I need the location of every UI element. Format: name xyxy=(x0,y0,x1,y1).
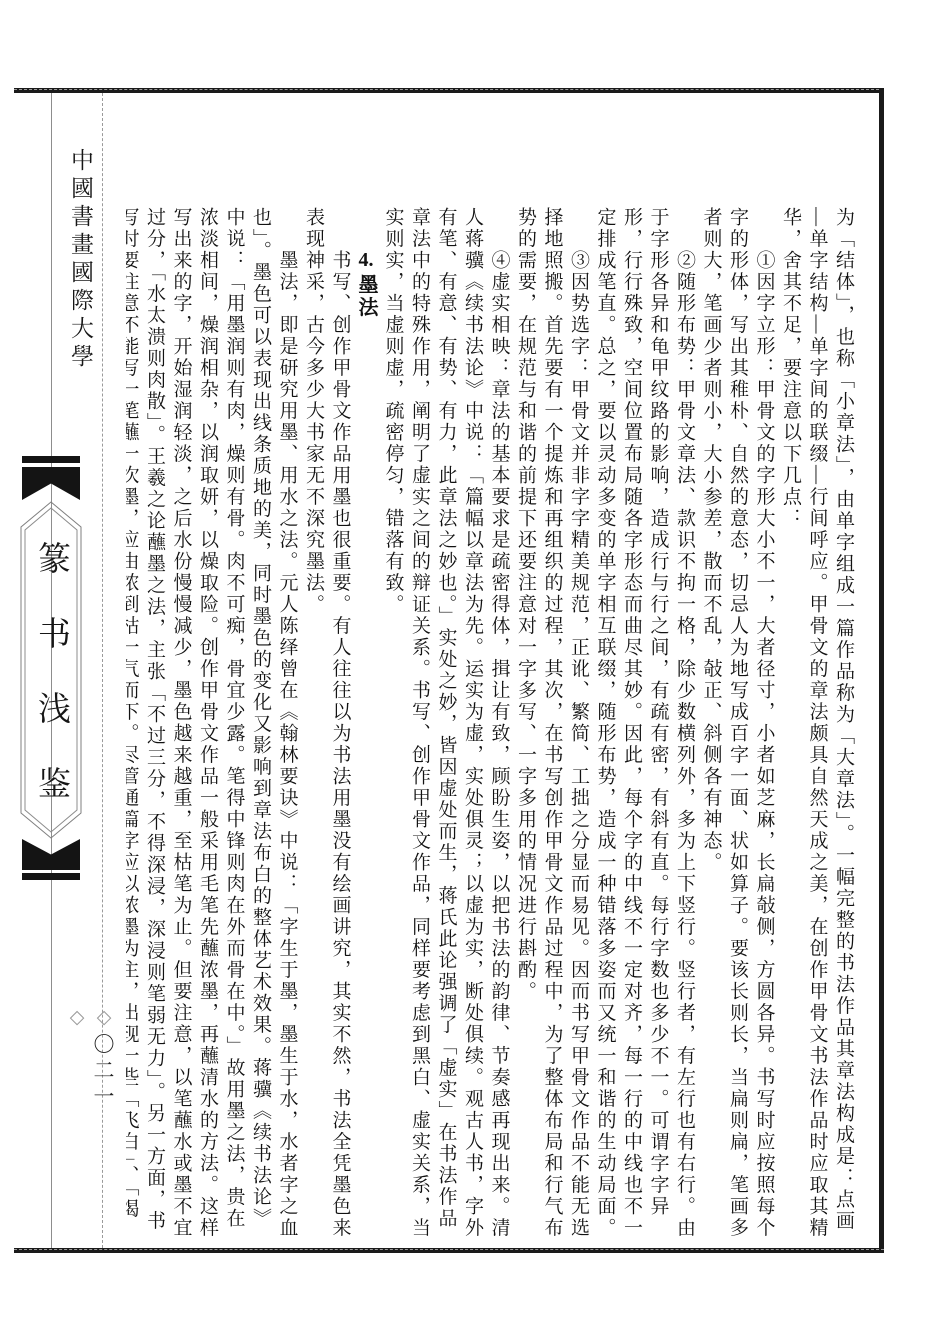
page-number: ◇〇二一◇ xyxy=(63,1006,118,1136)
paragraph: 书写、创作甲骨文作品用墨也很重要。有人往往以为书法用墨没有绘画讲究，其实不然，书… xyxy=(300,207,353,1249)
page-number-digit: 〇 xyxy=(91,1033,115,1059)
main-text-block: 为「结体」，也称「小章法」，由单字组成一篇作品称为「大章法」。一幅完整的书法作品… xyxy=(126,207,856,1249)
book-title-emblem: 篆书浅鉴 xyxy=(20,455,82,885)
emblem-top-ribbon xyxy=(22,467,80,500)
scanned-book-page: 中國書畫國際大學 篆书浅鉴 ◇〇二一◇ 为「结体」，也称「小章法」，由单字组成一… xyxy=(0,0,950,1344)
university-title: 中國書畫國際大學 xyxy=(64,148,97,388)
frame-right-rule xyxy=(879,88,884,1253)
frame-top-rule xyxy=(14,88,884,93)
paragraph: ①因字立形：甲骨文的字形大小不一，大者径寸，小者如芝麻，长扁敧侧，方圆各异。书写… xyxy=(697,207,777,1249)
section-number: 4. xyxy=(355,250,377,270)
emblem-top-bar xyxy=(22,456,80,463)
paragraph: ②随形布势：甲骨文章法、款识不拘一格，除少数横列外，多为上下竖行。竖行者，有左行… xyxy=(591,207,697,1249)
page-number-digit: 一 xyxy=(91,1085,115,1111)
emblem-bottom-bar xyxy=(22,873,80,880)
paragraph: 墨法，即是研究用墨、用水之法。元人陈绎曾在《翰林要诀》中说：「字生于墨，墨生于水… xyxy=(126,207,300,1249)
book-title: 篆书浅鉴 xyxy=(34,541,68,851)
page-number-diamond: ◇ xyxy=(93,1006,114,1033)
section-title: 墨法 xyxy=(355,274,377,319)
page-number-diamond: ◇ xyxy=(66,1006,87,1033)
paragraph: 为「结体」，也称「小章法」，由单字组成一篇作品称为「大章法」。一幅完整的书法作品… xyxy=(777,207,857,1249)
section-heading: 4.墨法 xyxy=(353,207,380,1249)
paragraph: ④虚实相映：章法的基本要求是疏密得体，揖让有致，顾盼生姿，以把书法的韵律、节奏感… xyxy=(379,207,512,1249)
page-number-digit: 二 xyxy=(91,1059,115,1085)
paragraph: ③因势选字：甲骨文并非字字精美规范，正讹、繁简、工拙之分显而易见。因而书写甲骨文… xyxy=(512,207,592,1249)
